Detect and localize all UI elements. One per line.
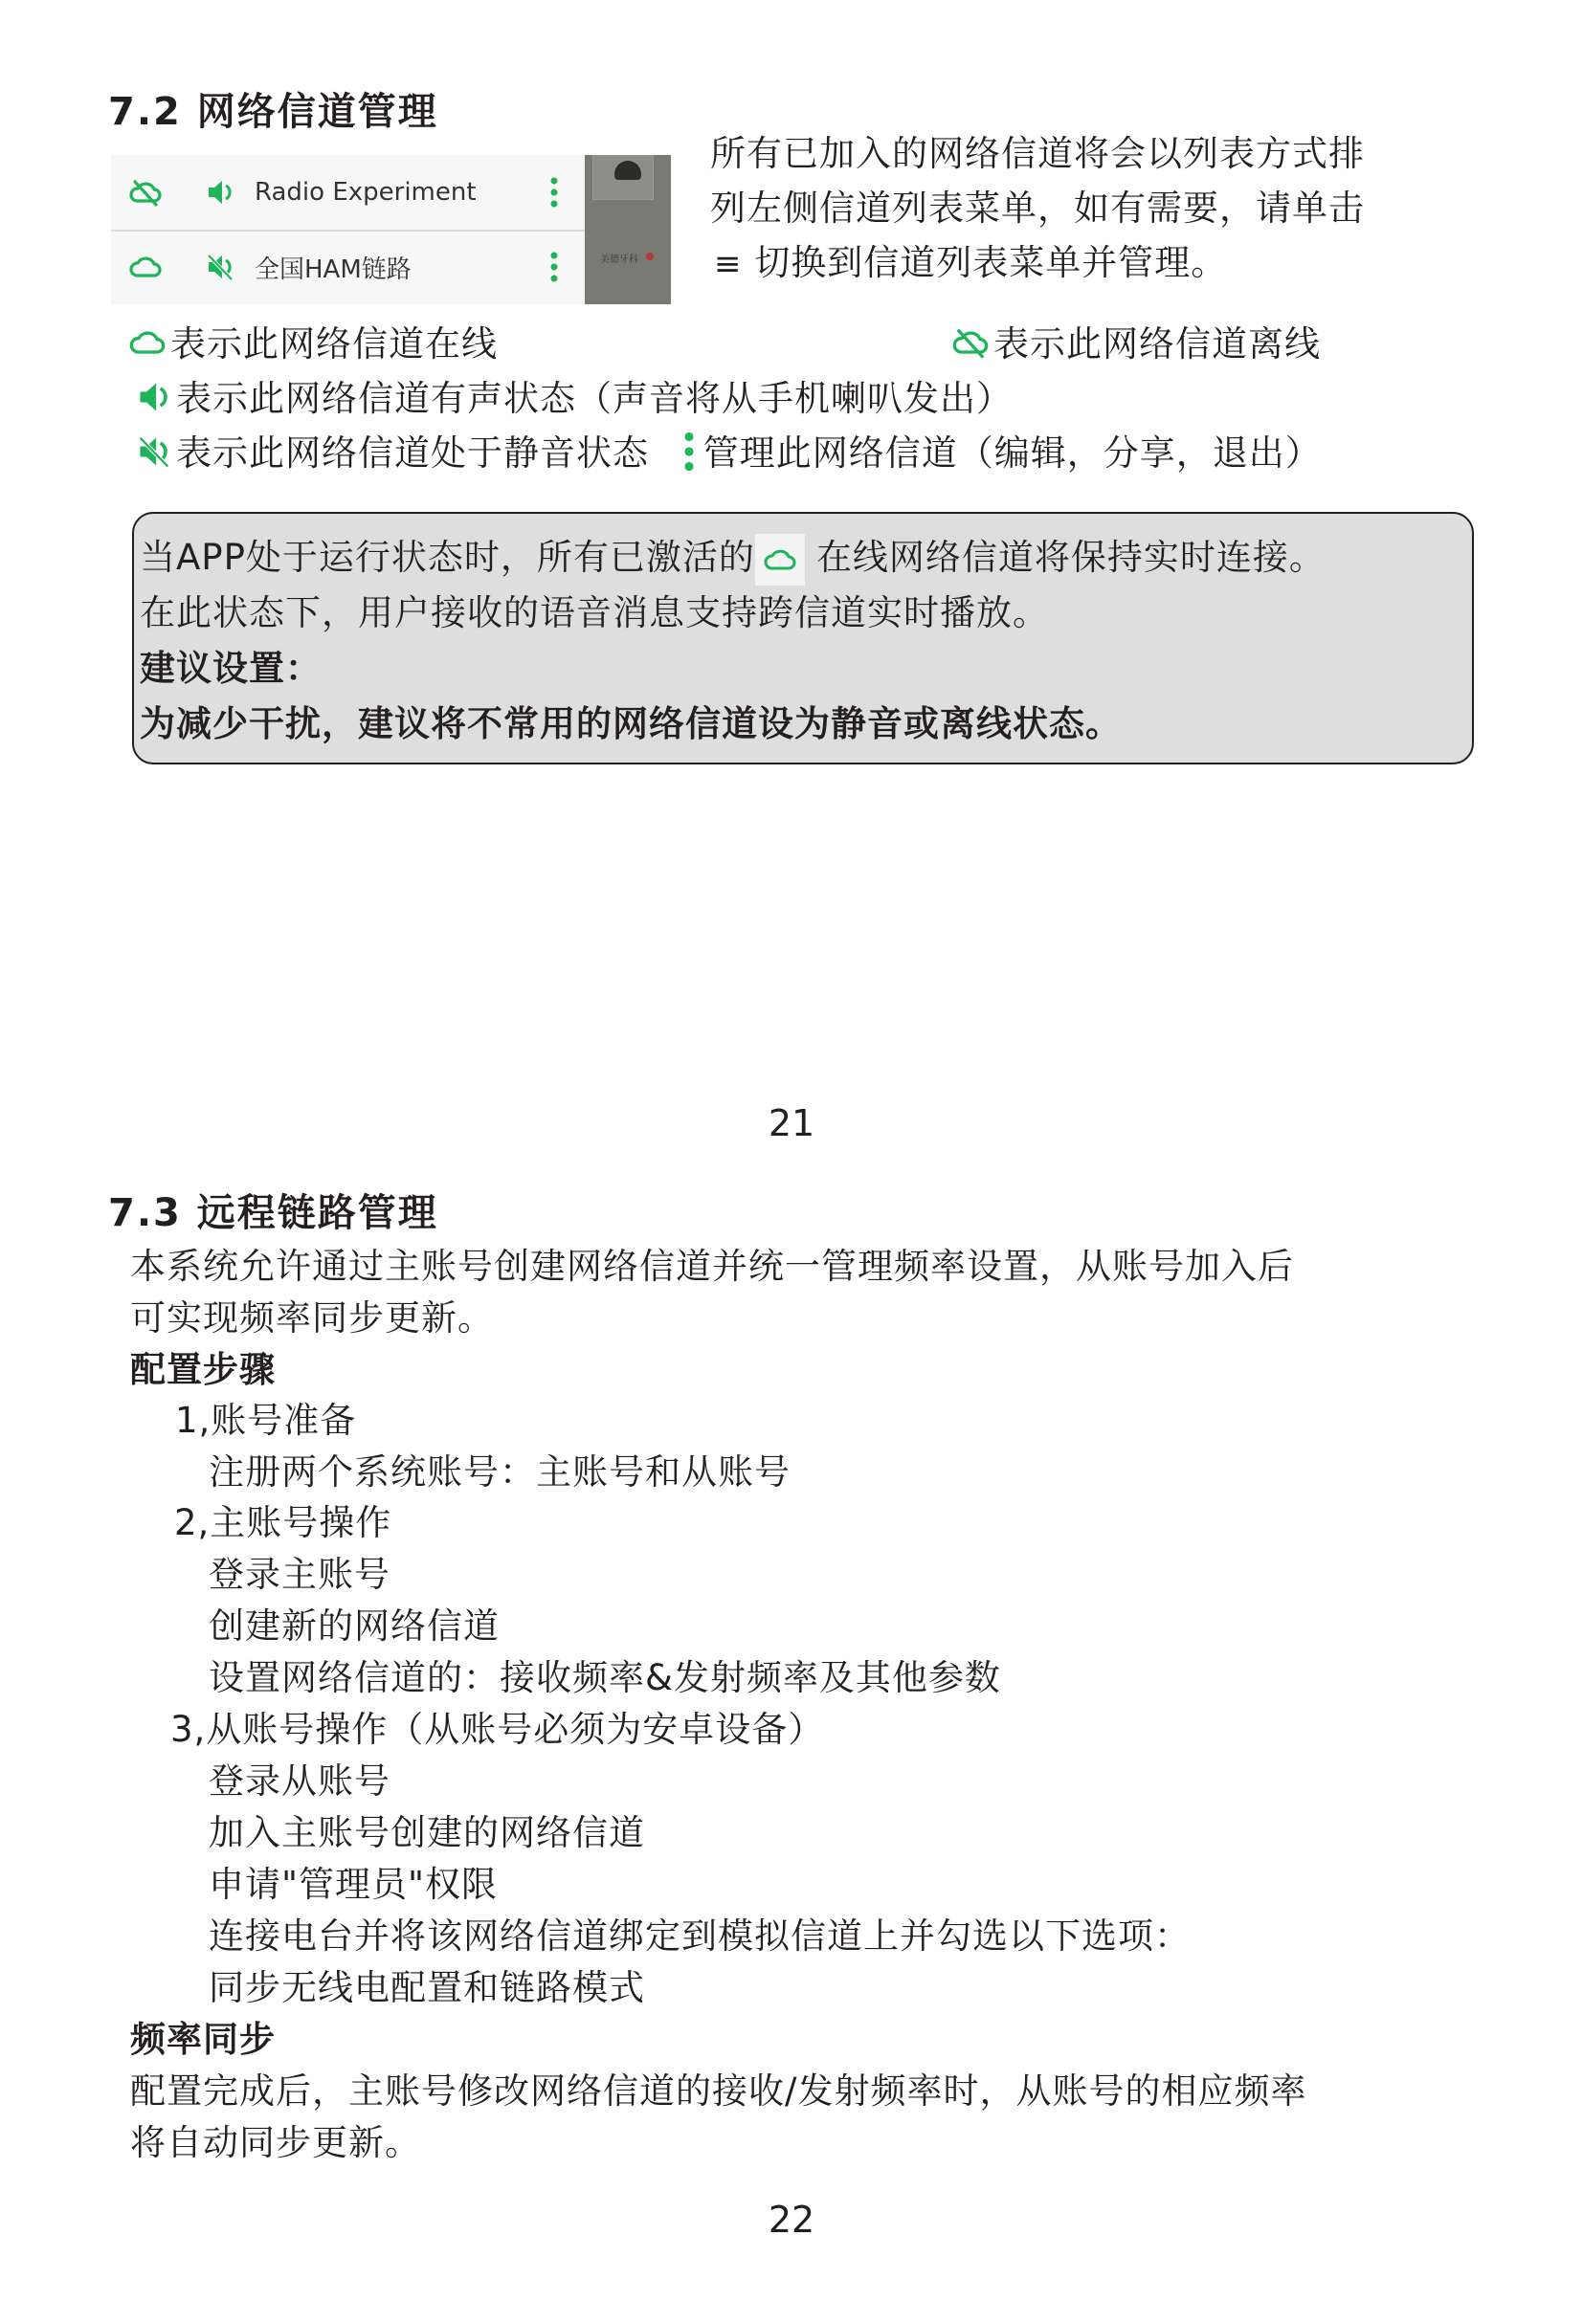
map-preview-overlay: 美德牙科 xyxy=(585,155,671,304)
legend-muted: 表示此网络信道处于静音状态 管理此网络信道（编辑，分享，退出） xyxy=(134,428,1322,479)
legend-online: 表示此网络信道在线 xyxy=(124,319,498,370)
map-label: 美德牙科 xyxy=(600,251,638,265)
more-vertical-icon[interactable] xyxy=(549,176,559,209)
sync-line-1: 配置完成后，主账号修改网络信道的接收/发射频率时，从账号的相应频率 xyxy=(130,2066,1306,2117)
cloud-online-icon xyxy=(124,323,170,362)
cloud-offline-icon xyxy=(948,323,993,362)
legend-manage-text: 管理此网络信道（编辑，分享，退出） xyxy=(703,432,1322,474)
channel-row[interactable]: 全国HAM链路 xyxy=(111,230,585,304)
intro-line-3-text: 切换到信道列表菜单并管理。 xyxy=(754,242,1227,283)
step-2-item: 设置网络信道的：接收频率&发射频率及其他参数 xyxy=(209,1652,1001,1704)
more-vertical-icon[interactable] xyxy=(549,251,559,283)
more-vertical-icon xyxy=(675,431,703,473)
step-2-heading: 2,主账号操作 xyxy=(174,1497,391,1549)
speaker-muted-icon xyxy=(134,432,176,471)
step-2-item: 创建新的网络信道 xyxy=(209,1601,500,1652)
note-line-1: 当APP处于运行状态时，所有已激活的 在线网络信道将保持实时连接。 xyxy=(140,532,1326,586)
legend-online-text: 表示此网络信道在线 xyxy=(170,323,498,365)
legend-sound-on: 表示此网络信道有声状态（声音将从手机喇叭发出） xyxy=(134,373,1013,425)
step-3-heading: 3,从账号操作（从账号必须为安卓设备） xyxy=(170,1704,824,1756)
legend-offline-text: 表示此网络信道离线 xyxy=(993,323,1321,365)
channel-list-screenshot: Radio Experiment 全国HAM链路 美德牙科 xyxy=(111,155,671,304)
intro-line-1: 所有已加入的网络信道将会以列表方式排 xyxy=(710,128,1365,180)
cloud-online-icon xyxy=(128,250,163,284)
speaker-on-icon xyxy=(203,175,237,210)
step-1-heading: 1,账号准备 xyxy=(175,1395,356,1447)
legend-offline: 表示此网络信道离线 xyxy=(948,319,1321,370)
cloud-offline-icon xyxy=(128,175,163,210)
section-title-7-3: 7.3 远程链路管理 xyxy=(108,1189,438,1237)
note-line-1-after: 在线网络信道将保持实时连接。 xyxy=(816,537,1326,578)
note-recommend-title: 建议设置： xyxy=(140,643,322,695)
map-card xyxy=(592,155,654,200)
p22-intro-line-1: 本系统允许通过主账号创建网络信道并统一管理频率设置，从账号加入后 xyxy=(130,1241,1294,1293)
note-line-1-before: 当APP处于运行状态时，所有已激活的 xyxy=(140,537,755,578)
channel-name: Radio Experiment xyxy=(255,178,477,207)
intro-line-2: 列左侧信道列表菜单，如有需要，请单击 xyxy=(710,183,1365,234)
section-title-7-2: 7.2 网络信道管理 xyxy=(108,88,438,136)
page-number-22: 22 xyxy=(0,2199,1583,2241)
step-3-item: 加入主账号创建的网络信道 xyxy=(209,1807,645,1859)
page-number-21: 21 xyxy=(0,1102,1583,1144)
p22-intro-line-2: 可实现频率同步更新。 xyxy=(130,1293,494,1344)
map-pin-icon xyxy=(646,253,654,260)
legend-sound-on-text: 表示此网络信道有声状态（声音将从手机喇叭发出） xyxy=(176,378,1013,419)
step-3-item: 同步无线电配置和链路模式 xyxy=(209,1962,645,2014)
legend-muted-text: 表示此网络信道处于静音状态 xyxy=(176,432,649,474)
step-3-item: 登录从账号 xyxy=(209,1756,390,1807)
step-2-item: 登录主账号 xyxy=(209,1549,390,1601)
note-recommend-text: 为减少干扰，建议将不常用的网络信道设为静音或离线状态。 xyxy=(140,698,1122,750)
channel-row[interactable]: Radio Experiment xyxy=(111,155,585,232)
config-steps-title: 配置步骤 xyxy=(130,1344,276,1396)
note-line-2: 在此状态下，用户接收的语音消息支持跨信道实时播放。 xyxy=(140,587,1049,639)
menu-icon: ≡ xyxy=(714,245,743,283)
avatar-icon xyxy=(614,161,641,180)
speaker-muted-icon xyxy=(203,250,237,284)
speaker-on-icon xyxy=(134,378,176,416)
intro-line-3: ≡ 切换到信道列表菜单并管理。 xyxy=(714,237,1227,290)
frequency-sync-title: 频率同步 xyxy=(130,2014,276,2066)
step-3-item: 连接电台并将该网络信道绑定到模拟信道上并勾选以下选项： xyxy=(209,1911,1191,1962)
channel-name: 全国HAM链路 xyxy=(255,250,412,285)
sync-line-2: 将自动同步更新。 xyxy=(130,2117,421,2169)
step-1-item: 注册两个系统账号：主账号和从账号 xyxy=(209,1447,791,1498)
step-3-item: 申请"管理员"权限 xyxy=(209,1859,498,1911)
cloud-online-icon xyxy=(755,534,805,586)
